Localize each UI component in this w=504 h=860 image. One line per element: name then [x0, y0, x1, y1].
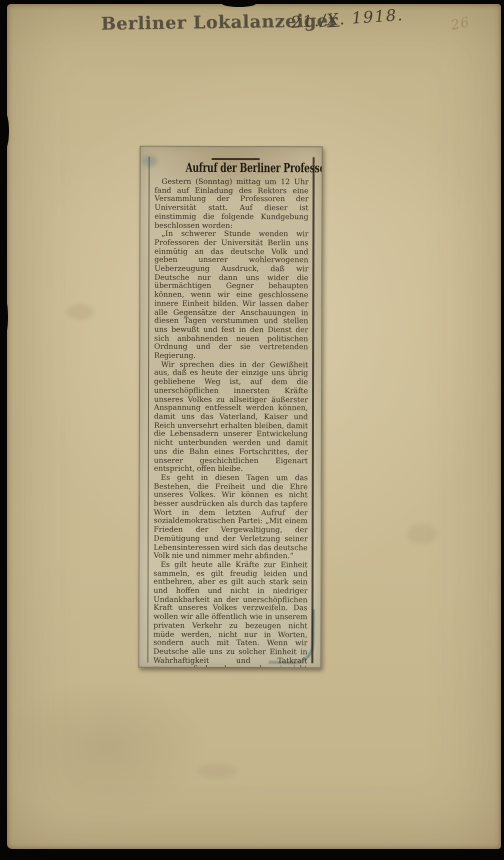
paper-stain [407, 524, 437, 544]
paper-stain [197, 764, 237, 778]
clipping-title: Aufruf der Berliner Professoren. [155, 161, 309, 175]
clipping-title-text: Aufruf der Berliner Professoren. [186, 161, 323, 175]
paper-stain [67, 304, 93, 320]
clipping-paragraph-intro: Gestern (Sonntag) mittag um 12 Uhr fand … [154, 178, 308, 231]
clipping-paragraph-4: Es gilt heute alle Kräfte zur Einheit sa… [153, 561, 307, 669]
torn-edge-notch [222, 0, 256, 7]
clipping-paragraph-1: „In schwerer Stunde wenden wir Professor… [154, 230, 308, 361]
torn-edge-notch [0, 222, 7, 248]
archive-scan-page: Berliner Lokalanzeiger 21./X. 1918. 26 A… [0, 0, 504, 860]
clipping-paragraph-3: Es geht in diesen Tagen um das Bestehen,… [154, 474, 308, 561]
torn-edge-notch [0, 610, 7, 640]
clipping-text-column: Aufruf der Berliner Professoren. Gestern… [147, 157, 314, 663]
torn-edge-notch [0, 112, 9, 150]
clipping-paragraph-2: Wir sprechen dies in der Gewißheit aus, … [154, 361, 308, 475]
date-day: 21./ [290, 10, 327, 31]
torn-edge-notch [0, 296, 8, 338]
news-clipping: Aufruf der Berliner Professoren. Gestern… [138, 146, 322, 668]
